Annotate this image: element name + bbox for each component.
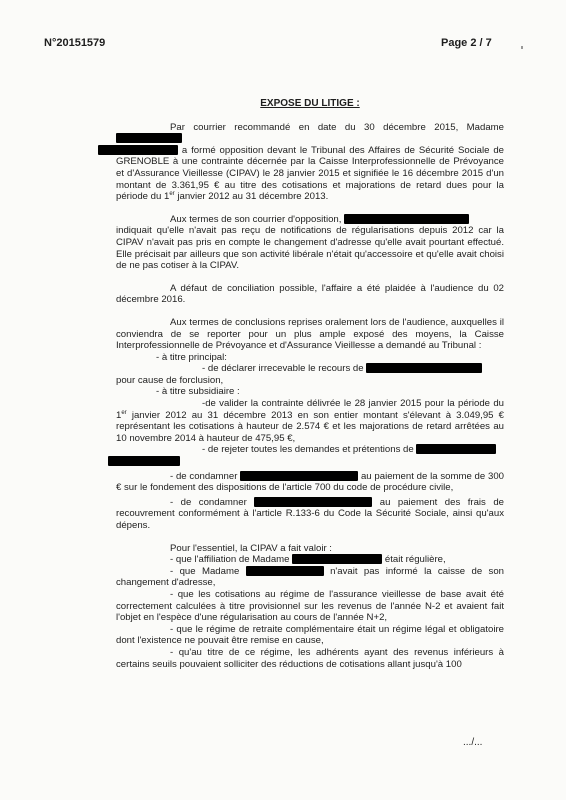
paragraph-opposition: Par courrier recommandé en date du 30 dé…: [116, 122, 504, 203]
text: - de condamner: [170, 497, 247, 508]
redaction: [254, 497, 372, 507]
document-body: EXPOSE DU LITIGE : Par courrier recomman…: [116, 98, 504, 670]
redaction: [116, 133, 182, 143]
paragraph-courrier: Aux termes de son courrier d'opposition,…: [116, 214, 504, 272]
text: janvier 2012 au 31 décembre 2013.: [175, 191, 329, 202]
page-number: Page 2 / 7: [441, 37, 492, 49]
section-title: EXPOSE DU LITIGE :: [116, 98, 504, 110]
text: - qu'au titre de ce régime, les adhérent…: [116, 647, 504, 670]
text: indiquait qu'elle n'avait pas reçu de no…: [116, 225, 504, 271]
text: - à titre principal:: [116, 352, 504, 364]
redaction: [240, 471, 358, 481]
paragraph-conclusions: Aux termes de conclusions reprises orale…: [116, 317, 504, 532]
scan-speck: [521, 46, 523, 49]
text: - de déclarer irrecevable le recours de: [202, 363, 364, 374]
text: janvier 2012 au 31 décembre 2013 en son …: [116, 410, 504, 444]
text: pour cause de forclusion,: [116, 375, 504, 387]
text: - que le régime de retraite complémentai…: [116, 624, 504, 647]
redaction: [416, 444, 496, 454]
text: - que l'affiliation de Madame: [170, 554, 290, 565]
continuation-mark: .../...: [463, 737, 482, 748]
redaction: [98, 145, 178, 155]
redaction: [366, 363, 482, 373]
paragraph-cipav: Pour l'essentiel, la CIPAV a fait valoir…: [116, 543, 504, 671]
text: - de condamner: [170, 471, 237, 482]
text: - à titre subsidiaire :: [116, 386, 504, 398]
text: - que Madame: [170, 566, 239, 577]
redaction: [344, 214, 469, 224]
text: - de rejeter toutes les demandes et prét…: [202, 444, 414, 455]
redaction: [108, 456, 180, 466]
redaction: [246, 566, 324, 576]
text: était régulière,: [385, 554, 446, 565]
paragraph-conciliation: A défaut de conciliation possible, l'aff…: [116, 283, 504, 306]
redaction: [292, 554, 382, 564]
text: - que les cotisations au régime de l'ass…: [116, 589, 504, 624]
text: Par courrier recommandé en date du 30 dé…: [170, 122, 504, 133]
text: Aux termes de son courrier d'opposition,: [170, 214, 341, 225]
document-number: N°20151579: [44, 37, 105, 49]
text: Pour l'essentiel, la CIPAV a fait valoir…: [116, 543, 504, 555]
text: Aux termes de conclusions reprises orale…: [116, 317, 504, 352]
